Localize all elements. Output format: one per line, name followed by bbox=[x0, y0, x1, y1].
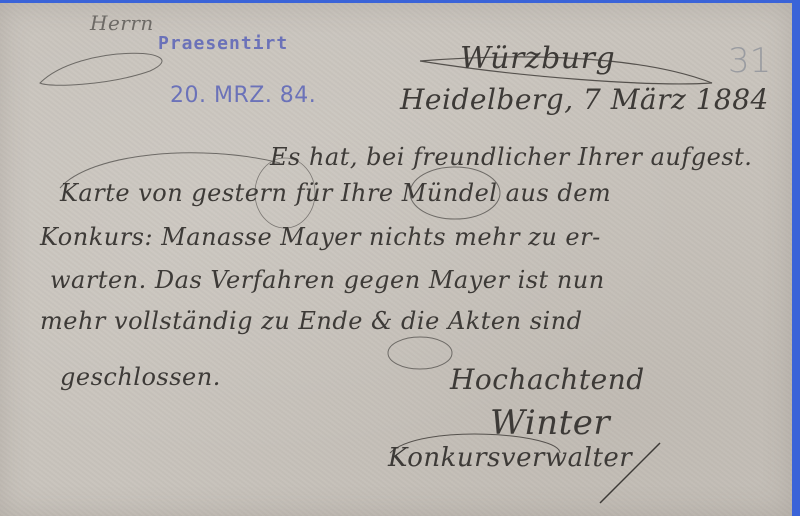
received-stamp-title: Praesentirt bbox=[158, 33, 288, 54]
received-stamp-date: 20. MRZ. 84. bbox=[170, 83, 316, 108]
dateline: Heidelberg, 7 März 1884 bbox=[400, 83, 769, 116]
signature-title: Konkursverwalter bbox=[388, 443, 632, 473]
body-line: Es hat, bei freundlicher Ihrer aufgest. bbox=[270, 143, 752, 171]
body-line: Karte von gestern für Ihre Mündel aus de… bbox=[60, 179, 611, 207]
pencil-number: 31 bbox=[728, 41, 771, 81]
address-recipient: Herrn bbox=[90, 11, 154, 35]
body-line: warten. Das Verfahren gegen Mayer ist nu… bbox=[50, 266, 605, 294]
body-line: geschlossen. bbox=[60, 363, 221, 391]
body-line: mehr vollständig zu Ende & die Akten sin… bbox=[40, 307, 583, 335]
postcard: Praesentirt 20. MRZ. 84. 31 Herrn Würzbu… bbox=[0, 3, 792, 516]
address-city: Würzburg bbox=[460, 41, 615, 76]
pen-flourishes bbox=[0, 3, 800, 516]
signature: Winter bbox=[490, 403, 610, 443]
closing: Hochachtend bbox=[450, 363, 645, 396]
body-line: Konkurs: Manasse Mayer nichts mehr zu er… bbox=[40, 223, 601, 251]
